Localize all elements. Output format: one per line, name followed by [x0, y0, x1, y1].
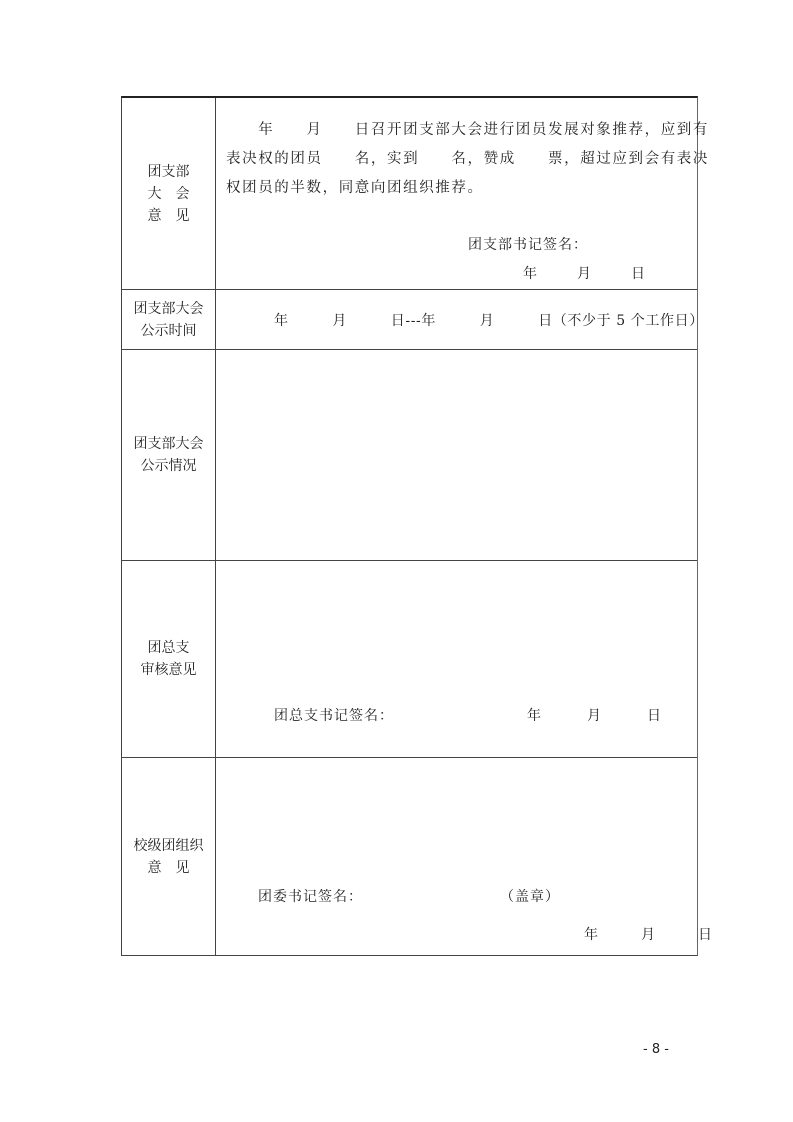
school-opinion-date: 年 月 日 — [584, 924, 717, 944]
review-date: 年 月 日 — [527, 705, 662, 725]
row-label: 团支部大会 公示情况 — [122, 350, 216, 560]
seal-placeholder: （盖章） — [500, 886, 560, 906]
opinion-field[interactable]: 年 月 日召开团支部大会进行团员发展对象推荐，应到有 表决权的团员 名，实到 名… — [216, 98, 697, 289]
signature-date: 年 月 日 — [523, 263, 649, 283]
row-publicity-status: 团支部大会 公示情况 — [122, 350, 697, 561]
meeting-statement: 年 月 日召开团支部大会进行团员发展对象推荐，应到有 表决权的团员 名，实到 名… — [226, 116, 689, 203]
row-school-league-opinion: 校级团组织 意 见 团委书记签名： （盖章） 年 月 日 — [122, 758, 697, 956]
publicity-period-field[interactable]: 年 月 日---年 月 日（不少于 5 个工作日） — [216, 290, 697, 349]
league-committee-secretary-signature-label: 团委书记签名： — [258, 886, 363, 906]
branch-secretary-signature-label: 团支部书记签名： — [468, 234, 588, 254]
row-publicity-period: 团支部大会 公示时间 年 月 日---年 月 日（不少于 5 个工作日） — [122, 290, 697, 350]
page-number: - 8 - — [643, 1042, 669, 1057]
general-branch-secretary-signature-label: 团总支书记签名： — [274, 705, 394, 725]
school-opinion-field[interactable]: 团委书记签名： （盖章） 年 月 日 — [216, 758, 697, 956]
review-opinion-field[interactable]: 团总支书记签名： 年 月 日 — [216, 561, 697, 757]
recommendation-form-table: 团支部 大 会 意 见 年 月 日召开团支部大会进行团员发展对象推荐，应到有 表… — [121, 96, 698, 956]
row-label: 团总支 审核意见 — [122, 561, 216, 757]
row-label: 校级团组织 意 见 — [122, 758, 216, 956]
publicity-period-text: 年 月 日---年 月 日（不少于 5 个工作日） — [274, 310, 704, 330]
row-branch-meeting-opinion: 团支部 大 会 意 见 年 月 日召开团支部大会进行团员发展对象推荐，应到有 表… — [122, 98, 697, 290]
publicity-status-field[interactable] — [216, 350, 697, 560]
row-label: 团支部大会 公示时间 — [122, 290, 216, 349]
row-general-branch-review: 团总支 审核意见 团总支书记签名： 年 月 日 — [122, 561, 697, 758]
row-label: 团支部 大 会 意 见 — [122, 98, 216, 289]
